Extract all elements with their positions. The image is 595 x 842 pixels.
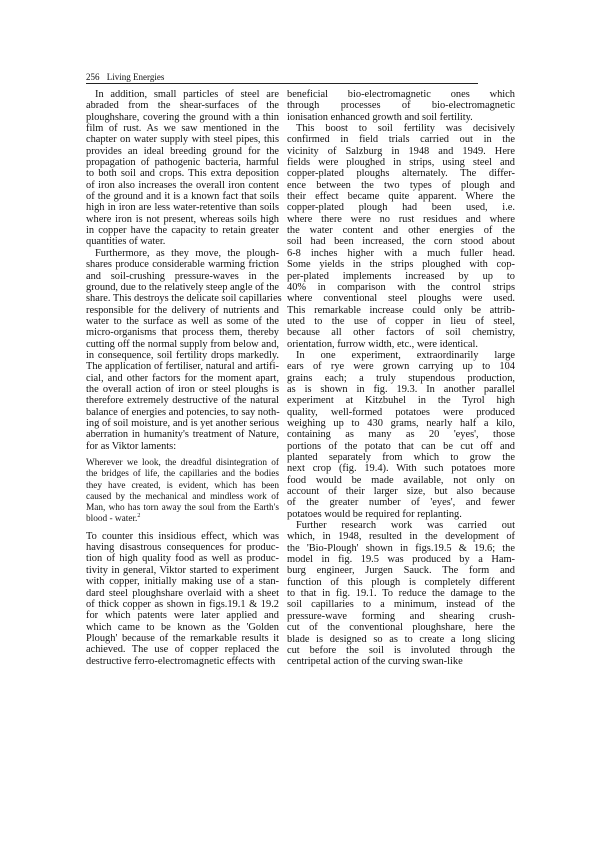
text-line: shares produce considerable warming fric…: [86, 259, 279, 270]
text-line: therefore extremely destructive of the n…: [86, 395, 279, 406]
text-line: of iron also increases the overall iron …: [86, 180, 279, 191]
text-line: ploughshare, covering the ground with a …: [86, 112, 279, 123]
paragraph: To counter this insidious effect, which …: [86, 531, 279, 667]
text-line: quality, well-formed potatoes were produ…: [287, 407, 515, 418]
text-line: in copper have the capacity to retain gr…: [86, 225, 279, 236]
text-line: share. This destroys the delicate soil c…: [86, 293, 279, 304]
text-line: centripetal action of the curving swan-l…: [287, 656, 515, 667]
text-line: This remarkable increase could only be a…: [287, 305, 515, 316]
text-line: through processes of bio-electromagnetic: [287, 100, 515, 111]
text-line: ground, due to the relatively steep angl…: [86, 282, 279, 293]
text-line: copper-plated ploughs alternately. The d…: [287, 168, 515, 179]
text-line: fields were ploughed in strips, using st…: [287, 157, 515, 168]
text-line: to both soil and crops. This extra depos…: [86, 168, 279, 179]
text-line: Some yields in the strips ploughed with …: [287, 259, 515, 270]
text-line: beneficial bio-electromagnetic ones whic…: [287, 89, 515, 100]
text-line: quantities of water.: [86, 236, 279, 247]
text-line: soil capillaries to a minimum, instead o…: [287, 599, 515, 610]
text-line: grains each; a truly stupendous producti…: [287, 373, 515, 384]
text-line: for as Viktor laments:: [86, 441, 279, 452]
text-line: burg engineer, Jurgen Sauck. The form an…: [287, 565, 515, 576]
text-line: ing of soil moisture, and is yet another…: [86, 418, 279, 429]
text-line: ence between the two types of plough and: [287, 180, 515, 191]
text-line: uted to the use of copper in lieu of ste…: [287, 316, 515, 327]
text-line: ionisation enhanced growth and soil fert…: [287, 112, 515, 123]
text-line: portions of the potato that can be cut o…: [287, 441, 515, 452]
text-line: to that in fig. 19.1. To reduce the dama…: [287, 588, 515, 599]
text-line: potatoes would be required for replantin…: [287, 509, 515, 520]
text-line: having disastrous consequences for produ…: [86, 542, 279, 553]
text-line: the 'Bio-Plough' shown in figs.19.5 & 19…: [287, 543, 515, 554]
text-line: cutting off the normal supply from below…: [86, 339, 279, 350]
text-line: micro-organisms that process them, there…: [86, 327, 279, 338]
footnote-marker[interactable]: 2: [137, 513, 140, 519]
text-line: blade is designed so as to create a long…: [287, 634, 515, 645]
text-line: they have created, is evident, which has…: [86, 481, 279, 492]
text-line: aberration in humanity's treatment of Na…: [86, 429, 279, 440]
text-line: responsible for the delivery of nutrient…: [86, 305, 279, 316]
text-line: for which patents were later applied and: [86, 610, 279, 621]
text-line: account of their larger size, but also b…: [287, 486, 515, 497]
text-line: film of rust. As we saw mentioned in the: [86, 123, 279, 134]
paragraph: In addition, small particles of steel ar…: [86, 89, 279, 248]
text-line: destructive ferro-electromagnetic effect…: [86, 656, 279, 667]
text-line: tivity in general, Viktor started to exp…: [86, 565, 279, 576]
text-line: confirmed in field trials carried out in…: [287, 134, 515, 145]
text-line: where iron is not present, whereas soils…: [86, 214, 279, 225]
block-quote: Wherever we look, the dreadful disintegr…: [86, 458, 279, 526]
text-line: Furthermore, as they move, the plough-: [86, 248, 279, 259]
text-line: 6-8 inches higher with a much fuller hea…: [287, 248, 515, 259]
text-line: containing as many as 20 'eyes', those: [287, 429, 515, 440]
text-line: where there were no rust residues and wh…: [287, 214, 515, 225]
text-line: food would be made available, not only o…: [287, 475, 515, 486]
running-title: Living Energies: [107, 72, 165, 82]
text-line: blood - water.2: [86, 514, 279, 525]
text-line: of the greater number of 'eyes', and few…: [287, 497, 515, 508]
text-line: In addition, small particles of steel ar…: [86, 89, 279, 100]
paragraph: Furthermore, as they move, the plough-sh…: [86, 248, 279, 452]
text-line: pressure-wave forming and shearing crush…: [287, 611, 515, 622]
text-line: function of this plough is completely di…: [287, 577, 515, 588]
text-line: next crop (fig. 19.4). With such potatoe…: [287, 463, 515, 474]
paragraph: In one experiment, extraordinarily large…: [287, 350, 515, 520]
text-line: cut of the conventional ploughshare, her…: [287, 622, 515, 633]
text-line: in consequence, soil fertility drops mar…: [86, 350, 279, 361]
text-line: Man, who has torn away the soul from the…: [86, 503, 279, 514]
text-line: the overall action of iron or steel plou…: [86, 384, 279, 395]
text-line: experiment at Kitzbuhel in the Tyrol hig…: [287, 395, 515, 406]
text-line: 40% in comparison with the control strip…: [287, 282, 515, 293]
text-line: per-plated implements increased by up to: [287, 271, 515, 282]
paragraph-continued: beneficial bio-electromagnetic ones whic…: [287, 89, 515, 123]
text-line: tion of high quality food as well as pro…: [86, 553, 279, 564]
text-line: of the ground and it is a known fact tha…: [86, 191, 279, 202]
text-line: achieved. The use of copper replaced the: [86, 644, 279, 655]
text-line: orientation, furrow width, etc., were id…: [287, 339, 515, 350]
text-line: Plough' because of the remarkable result…: [86, 633, 279, 644]
text-line: copper-plated plough had been used, i.e.: [287, 202, 515, 213]
text-line: balance of energies and potencies, to sa…: [86, 407, 279, 418]
text-line: propagation of pathogenic bacteria, harm…: [86, 157, 279, 168]
text-line: cut before the soil is involuted through…: [287, 645, 515, 656]
text-line: To counter this insidious effect, which …: [86, 531, 279, 542]
text-line: dard steel ploughshare overlaid with a s…: [86, 588, 279, 599]
text-line: because all other factors of soil chemis…: [287, 327, 515, 338]
text-line: their effect became quite apparent. Wher…: [287, 191, 515, 202]
text-line: ears of rye were grown carrying up to 10…: [287, 361, 515, 372]
text-line: the water content and other energies of …: [287, 225, 515, 236]
right-column: beneficial bio-electromagnetic ones whic…: [287, 89, 515, 668]
text-line: which, in 1948, resulted in the developm…: [287, 531, 515, 542]
text-line: Further research work was carried out: [287, 520, 515, 531]
text-line: planted separately from which to grow th…: [287, 452, 515, 463]
text-line: vicinity of Salzburg in 1948 and 1949. H…: [287, 146, 515, 157]
text-line: as is shown in fig. 19.3. In another par…: [287, 384, 515, 395]
text-line: where conventional steel ploughs were us…: [287, 293, 515, 304]
paragraph: Further research work was carried outwhi…: [287, 520, 515, 667]
text-line: which came to be known as the 'Golden: [86, 622, 279, 633]
text-line: caused by the mechanical and mindless wo…: [86, 492, 279, 503]
text-line: abraded from the shear-surfaces of the: [86, 100, 279, 111]
text-line: In one experiment, extraordinarily large: [287, 350, 515, 361]
left-column: In addition, small particles of steel ar…: [86, 89, 279, 667]
text-line: model in fig. 19.5 was produced by a Ham…: [287, 554, 515, 565]
text-line: provides an ideal breeding ground for th…: [86, 146, 279, 157]
text-line: with copper, initially making use of a s…: [86, 576, 279, 587]
running-header: 256 Living Energies: [86, 72, 478, 84]
page-number: 256: [86, 72, 100, 82]
text-line: cial, and other factors for the moment a…: [86, 373, 279, 384]
text-line: the bridges of life, the capillaries and…: [86, 469, 279, 480]
text-line: soil had been increased, the corn stood …: [287, 236, 515, 247]
text-line: of thick copper as shown in figs.19.1 & …: [86, 599, 279, 610]
text-line: This boost to soil fertility was decisiv…: [287, 123, 515, 134]
text-line: water to the surface as well as some of …: [86, 316, 279, 327]
text-line: chapter on water supply with steel pipes…: [86, 134, 279, 145]
text-line: weighing up to 430 grams, nearly half a …: [287, 418, 515, 429]
text-line: and soil-crushing pressure-waves in the: [86, 271, 279, 282]
paragraph: This boost to soil fertility was decisiv…: [287, 123, 515, 350]
text-line: Wherever we look, the dreadful disintegr…: [86, 458, 279, 469]
text-line: The application of fertiliser, natural a…: [86, 361, 279, 372]
text-line: high in iron are less water-retentive th…: [86, 202, 279, 213]
